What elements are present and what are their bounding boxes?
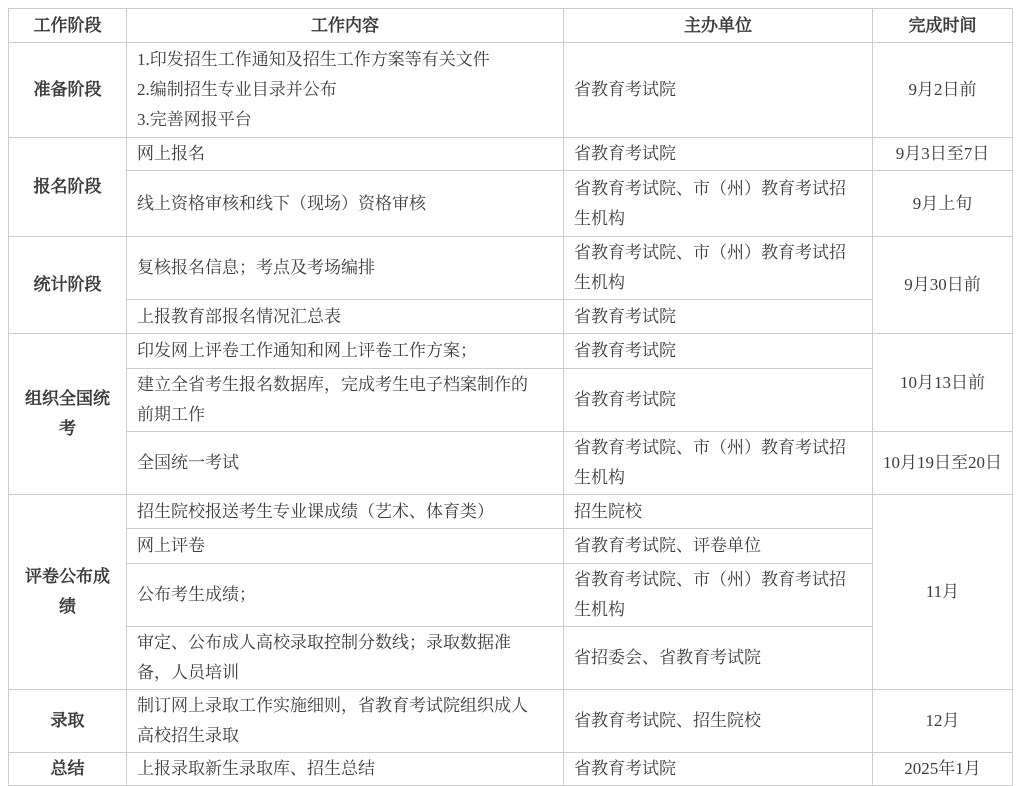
- content-cell: 招生院校报送考生专业课成绩（艺术、体育类）: [127, 495, 564, 529]
- content-cell: 线上资格审核和线下（现场）资格审核: [127, 171, 564, 237]
- time-cell: 2025年1月: [873, 753, 1013, 786]
- time-cell: 10月13日前: [873, 334, 1013, 432]
- unit-cell: 省教育考试院、招生院校: [564, 690, 873, 753]
- table-row: 评卷公布成 绩 招生院校报送考生专业课成绩（艺术、体育类） 招生院校 11月: [9, 495, 1013, 529]
- phase-cell-preparation: 准备阶段: [9, 43, 127, 138]
- table-row: 准备阶段 1.印发招生工作通知及招生工作方案等有关文件 2.编制招生专业目录并公…: [9, 43, 1013, 138]
- table-row: 建立全省考生报名数据库，完成考生电子档案制作的 前期工作 省教育考试院: [9, 369, 1013, 432]
- table-row: 统计阶段 复核报名信息；考点及考场编排 省教育考试院、市（州）教育考试招 生机构…: [9, 237, 1013, 300]
- phase-cell-statistics: 统计阶段: [9, 237, 127, 334]
- unit-cell: 省教育考试院: [564, 138, 873, 171]
- unit-cell: 省教育考试院、市（州）教育考试招 生机构: [564, 564, 873, 627]
- table-row: 公布考生成绩； 省教育考试院、市（州）教育考试招 生机构: [9, 564, 1013, 627]
- phase-cell-registration: 报名阶段: [9, 138, 127, 237]
- content-cell: 建立全省考生报名数据库，完成考生电子档案制作的 前期工作: [127, 369, 564, 432]
- table-row: 审定、公布成人高校录取控制分数线；录取数据准 备，人员培训 省招委会、省教育考试…: [9, 627, 1013, 690]
- content-cell: 印发网上评卷工作通知和网上评卷工作方案；: [127, 334, 564, 369]
- unit-cell: 省教育考试院: [564, 753, 873, 786]
- time-cell: 9月上旬: [873, 171, 1013, 237]
- content-cell: 1.印发招生工作通知及招生工作方案等有关文件 2.编制招生专业目录并公布 3.完…: [127, 43, 564, 138]
- content-cell: 复核报名信息；考点及考场编排: [127, 237, 564, 300]
- time-cell: 12月: [873, 690, 1013, 753]
- unit-cell: 省教育考试院、市（州）教育考试招 生机构: [564, 237, 873, 300]
- work-schedule-table: 工作阶段 工作内容 主办单位 完成时间 准备阶段 1.印发招生工作通知及招生工作…: [8, 8, 1013, 786]
- phase-cell-admission: 录取: [9, 690, 127, 753]
- header-work-phase: 工作阶段: [9, 9, 127, 43]
- unit-cell: 省教育考试院: [564, 43, 873, 138]
- table-row: 全国统一考试 省教育考试院、市（州）教育考试招 生机构 10月19日至20日: [9, 432, 1013, 495]
- table-row: 网上评卷 省教育考试院、评卷单位: [9, 529, 1013, 564]
- content-cell: 制订网上录取工作实施细则，省教育考试院组织成人 高校招生录取: [127, 690, 564, 753]
- phase-cell-national-exam: 组织全国统 考: [9, 334, 127, 495]
- table-row: 上报教育部报名情况汇总表 省教育考试院: [9, 300, 1013, 334]
- table-row: 报名阶段 网上报名 省教育考试院 9月3日至7日: [9, 138, 1013, 171]
- unit-cell: 省教育考试院: [564, 334, 873, 369]
- unit-cell: 省教育考试院: [564, 369, 873, 432]
- content-cell: 公布考生成绩；: [127, 564, 564, 627]
- phase-cell-summary: 总结: [9, 753, 127, 786]
- unit-cell: 招生院校: [564, 495, 873, 529]
- header-organizer: 主办单位: [564, 9, 873, 43]
- header-row: 工作阶段 工作内容 主办单位 完成时间: [9, 9, 1013, 43]
- unit-cell: 省招委会、省教育考试院: [564, 627, 873, 690]
- phase-cell-grading-results: 评卷公布成 绩: [9, 495, 127, 690]
- content-cell: 上报录取新生录取库、招生总结: [127, 753, 564, 786]
- content-cell: 网上报名: [127, 138, 564, 171]
- table-row: 线上资格审核和线下（现场）资格审核 省教育考试院、市（州）教育考试招 生机构 9…: [9, 171, 1013, 237]
- table-row: 组织全国统 考 印发网上评卷工作通知和网上评卷工作方案； 省教育考试院 10月1…: [9, 334, 1013, 369]
- content-cell: 全国统一考试: [127, 432, 564, 495]
- unit-cell: 省教育考试院、评卷单位: [564, 529, 873, 564]
- page: 工作阶段 工作内容 主办单位 完成时间 准备阶段 1.印发招生工作通知及招生工作…: [0, 0, 1020, 786]
- header-completion-time: 完成时间: [873, 9, 1013, 43]
- unit-cell: 省教育考试院: [564, 300, 873, 334]
- time-cell: 9月30日前: [873, 237, 1013, 334]
- header-work-content: 工作内容: [127, 9, 564, 43]
- content-cell: 网上评卷: [127, 529, 564, 564]
- unit-cell: 省教育考试院、市（州）教育考试招 生机构: [564, 171, 873, 237]
- unit-cell: 省教育考试院、市（州）教育考试招 生机构: [564, 432, 873, 495]
- time-cell: 9月3日至7日: [873, 138, 1013, 171]
- time-cell: 9月2日前: [873, 43, 1013, 138]
- time-cell: 10月19日至20日: [873, 432, 1013, 495]
- table-row: 录取 制订网上录取工作实施细则，省教育考试院组织成人 高校招生录取 省教育考试院…: [9, 690, 1013, 753]
- content-cell: 审定、公布成人高校录取控制分数线；录取数据准 备，人员培训: [127, 627, 564, 690]
- table-row: 总结 上报录取新生录取库、招生总结 省教育考试院 2025年1月: [9, 753, 1013, 786]
- time-cell: 11月: [873, 495, 1013, 690]
- content-cell: 上报教育部报名情况汇总表: [127, 300, 564, 334]
